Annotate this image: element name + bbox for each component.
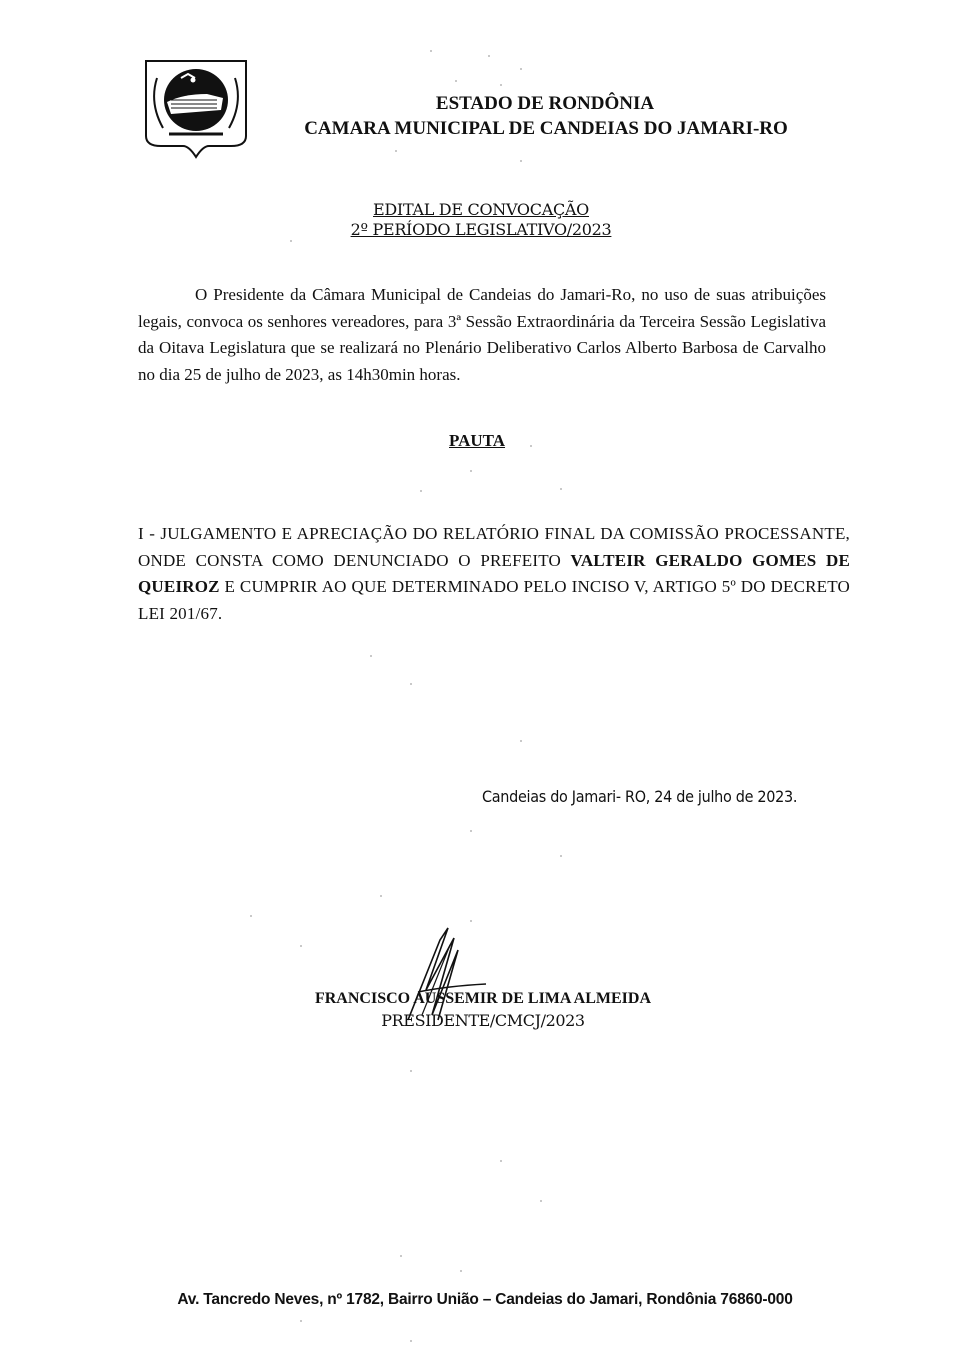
pauta-heading: PAUTA [449,431,505,451]
footer-address: Av. Tancredo Neves, nº 1782, Bairro Uniã… [120,1291,850,1309]
edital-subtitle: 2º PERÍODO LEGISLATIVO/2023 [300,220,662,239]
state-title: ESTADO DE RONDÔNIA [300,93,790,115]
pauta-item-suffix: E CUMPRIR AO QUE DETERMINADO PELO INCISO… [138,577,850,623]
place-date: Candeias do Jamari- RO, 24 de julho de 2… [482,787,797,806]
pauta-item: I - JULGAMENTO E APRECIAÇÃO DO RELATÓRIO… [138,521,850,627]
signatory-name: FRANCISCO AUSSEMIR DE LIMA ALMEIDA [300,990,666,1008]
institution-title: CAMARA MUNICIPAL DE CANDEIAS DO JAMARI-R… [290,118,802,140]
signatory-role: PRESIDENTE/CMCJ/2023 [300,1011,666,1030]
edital-title: EDITAL DE CONVOCAÇÃO [300,200,662,219]
convocation-paragraph: O Presidente da Câmara Municipal de Cand… [138,282,826,388]
coat-of-arms-icon [143,58,249,160]
